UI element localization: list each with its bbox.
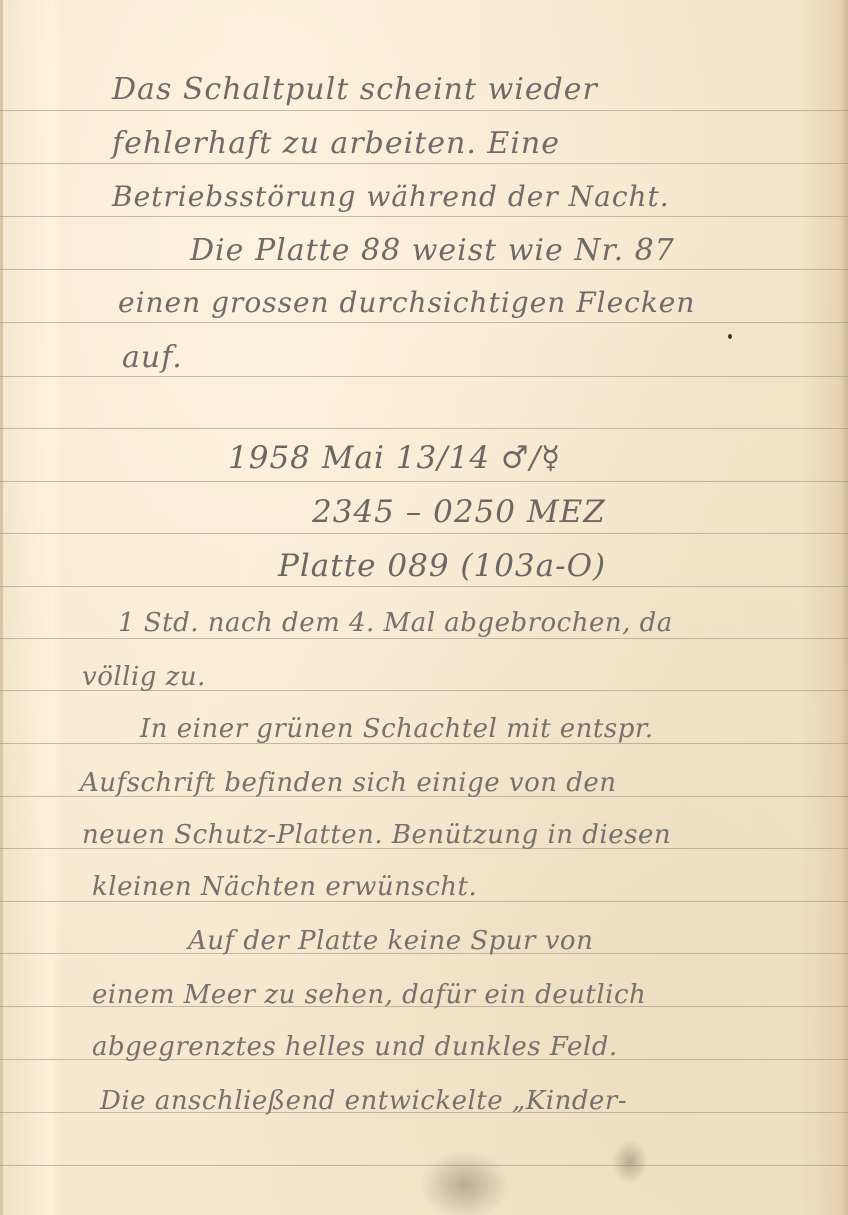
ruled-line (0, 428, 848, 429)
ruled-line (0, 481, 848, 482)
ink-dot (728, 334, 732, 339)
handwritten-line: In einer grünen Schachtel mit entspr. (140, 714, 654, 744)
handwritten-line: einen grossen durchsichtigen Flecken (118, 286, 695, 319)
ruled-line (0, 533, 848, 534)
ruled-line (0, 110, 848, 111)
handwritten-line: Die anschließend entwickelte „Kinder- (100, 1086, 627, 1116)
entry-date: 1958 Mai 13/14 ♂/☿ (228, 440, 561, 476)
notebook-page: Das Schaltpult scheint wieder fehlerhaft… (0, 0, 848, 1215)
ruled-line (0, 322, 848, 323)
handwritten-line: 1 Std. nach dem 4. Mal abgebrochen, da (118, 608, 673, 638)
handwritten-line: abgegrenztes helles und dunkles Feld. (92, 1032, 618, 1062)
handwritten-line: einem Meer zu sehen, dafür ein deutlich (92, 980, 646, 1010)
handwritten-line: kleinen Nächten erwünscht. (92, 872, 477, 902)
ruled-line (0, 216, 848, 217)
ruled-line (0, 163, 848, 164)
entry-plate: Platte 089 (103a-O) (278, 548, 606, 584)
handwritten-line: Aufschrift befinden sich einige von den (80, 768, 617, 798)
page-edge (0, 0, 3, 1215)
pencil-smudge (612, 1140, 648, 1184)
ruled-line (0, 269, 848, 270)
handwritten-line: Betriebsstörung während der Nacht. (112, 180, 670, 213)
ruled-line (0, 1165, 848, 1166)
handwritten-line: fehlerhaft zu arbeiten. Eine (112, 126, 560, 161)
handwritten-line: auf. (122, 340, 183, 375)
handwritten-line: Das Schaltpult scheint wieder (112, 72, 598, 107)
ruled-line (0, 376, 848, 377)
ruled-line (0, 638, 848, 639)
ruled-line (0, 586, 848, 587)
pencil-smudge (420, 1150, 510, 1215)
handwritten-line: Auf der Platte keine Spur von (188, 926, 593, 956)
handwritten-line: Die Platte 88 weist wie Nr. 87 (190, 233, 675, 268)
entry-time: 2345 – 0250 MEZ (312, 494, 606, 530)
handwritten-line: neuen Schutz-Platten. Benützung in diese… (82, 820, 671, 850)
handwritten-line: völlig zu. (82, 662, 206, 692)
